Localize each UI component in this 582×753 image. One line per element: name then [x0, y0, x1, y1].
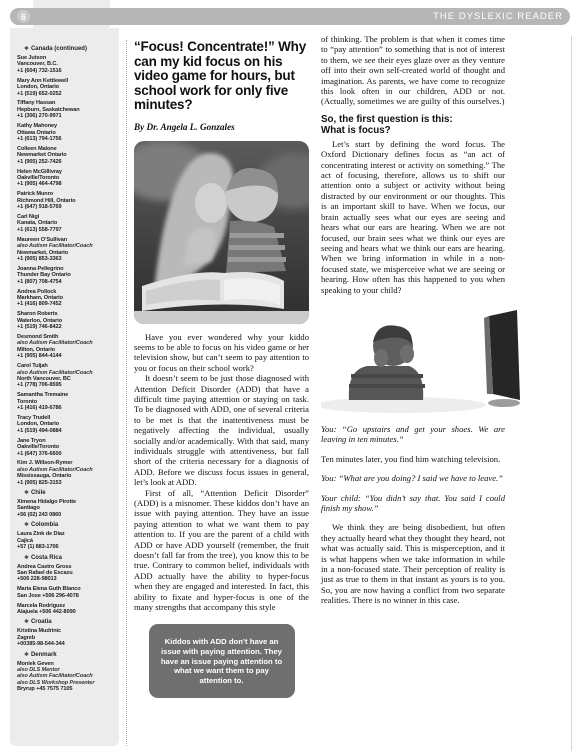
right-column-body-top: of thinking. The problem is that when it…	[321, 34, 505, 107]
directory-entry-line: +1 (306) 270-9971	[17, 113, 115, 119]
directory-entry-line: +1 (905) 464-4798	[17, 181, 115, 187]
facilitator-directory-sidebar: ❖Canada (continued)Sue JutsonVancouver, …	[10, 28, 119, 746]
article-byline: By Dr. Angela L. Gonzales	[134, 122, 309, 132]
directory-entry-line: +1 (647) 918-5769	[17, 204, 115, 210]
article-paragraph: Let’s start by defining the word focus. …	[321, 139, 505, 295]
article-left-column: “Focus! Concentrate!” Why can my kid foc…	[134, 40, 309, 698]
directory-entry: Maria Elena Guth BlancoSan Jose +506 296…	[17, 586, 115, 599]
directory-entry: Laura Zink de DiazCajicá+57 (1) 883-1706	[17, 531, 115, 550]
article-paragraph: of thinking. The problem is that when it…	[321, 34, 505, 107]
mother-and-child-reading-photo	[134, 141, 309, 324]
diamond-bullet-icon: ❖	[24, 490, 29, 496]
directory-entry: Kim J. Willson-Rymeralso Autism Facilita…	[17, 460, 115, 486]
directory-entry: Ximena Hidalgo PirotteSantiago+56 (02) 2…	[17, 499, 115, 518]
diamond-bullet-icon: ❖	[24, 652, 29, 658]
subhead-line-1: So, the first question is this:	[321, 114, 453, 125]
directory-entry: Moniek Gevenalso DLS Mentoralso Autism F…	[17, 661, 115, 693]
directory-entry-line: +1 (778) 706-8595	[17, 382, 115, 388]
masthead-title: THE DYSLEXIC READER	[433, 11, 563, 22]
directory-entry: Tiffany HassanHepburn, Saskatchewan+1 (3…	[17, 100, 115, 119]
directory-entry: Sue JutsonVancouver, B.C.+1 (604) 732-15…	[17, 55, 115, 74]
article-paragraph: It doesn’t seem to be just those diagnos…	[134, 373, 309, 487]
directory-entry-line: +1 (519) 746-8422	[17, 324, 115, 330]
directory-entry-line: +1 (416) 809-7452	[17, 301, 115, 307]
diamond-bullet-icon: ❖	[24, 619, 29, 625]
dialogue-block: You: “Go upstairs and get your shoes. We…	[321, 424, 505, 513]
directory-entry: Patrick MunroRichmond Hill, Ontario+1 (6…	[17, 191, 115, 210]
directory-entry-line: +56 (02) 243 0860	[17, 512, 115, 518]
dialogue-paragraph: You: “What are you doing? I said we have…	[321, 473, 505, 483]
directory-section-header: ❖Croatia	[24, 619, 115, 625]
diamond-bullet-icon: ❖	[24, 555, 29, 561]
newsletter-page: 6 THE DYSLEXIC READER ❖Canada (continued…	[0, 0, 582, 753]
directory-entry: Carol Tuljahalso Autism Facilitator/Coac…	[17, 363, 115, 389]
page-number-badge: 6	[17, 10, 30, 23]
article-paragraph: Have you ever wondered why your kiddo se…	[134, 332, 309, 374]
directory-section-header: ❖Canada (continued)	[24, 46, 115, 52]
directory-entry: Joanna PellegrinoThunder Bay Ontario+1 (…	[17, 266, 115, 285]
directory-entry-line: +1 (905) 252-7426	[17, 159, 115, 165]
directory-section-label: Costa Rica	[31, 555, 62, 561]
directory-entry: Helen McGillivrayOakville/Toronto+1 (905…	[17, 169, 115, 188]
directory-section-label: Croatia	[31, 619, 52, 625]
pull-quote-box: Kiddos with ADD don’t have an issue with…	[149, 624, 295, 698]
directory-entry-line: +1 (416) 419-6786	[17, 405, 115, 411]
directory-entry-line: Bryrup +45 7575 7105	[17, 686, 115, 692]
header-bar: 6 THE DYSLEXIC READER	[10, 8, 570, 25]
directory-entry-line: +1 (519) 494-0884	[17, 428, 115, 434]
diamond-bullet-icon: ❖	[24, 46, 29, 52]
directory-entry-line: +1 (604) 732-1516	[17, 68, 115, 74]
directory-entry-line: +1 (807) 708-4754	[17, 279, 115, 285]
dialogue-paragraph: You: “Go upstairs and get your shoes. We…	[321, 424, 505, 445]
directory-entry: Maureen O’Sullivanalso Autism Facilitato…	[17, 237, 115, 263]
directory-entry: Carl NigiKanata, Ontario+1 (613) 558-779…	[17, 214, 115, 233]
page-edge-line	[571, 36, 572, 751]
directory-section-header: ❖Denmark	[24, 652, 115, 658]
directory-entry-line: +1 (519) 652-0252	[17, 91, 115, 97]
dialogue-paragraph: Ten minutes later, you find him watching…	[321, 454, 505, 464]
section-subhead: So, the first question is this:What is f…	[321, 114, 505, 137]
directory-entry-line: +00385-98-544-344	[17, 641, 115, 647]
directory-entry-line: +1 (905) 853-3363	[17, 256, 115, 262]
directory-entry: Andrea Castro GrossSan Rafael de Escazu+…	[17, 564, 115, 583]
directory-section-label: Denmark	[31, 652, 57, 658]
article-paragraph: First of all, “Attention Deficit Disorde…	[134, 488, 309, 613]
closing-paragraph-wrap: We think they are being disobedient, but…	[321, 522, 505, 605]
directory-section-header: ❖Colombia	[24, 522, 115, 528]
left-column-body: Have you ever wondered why your kiddo se…	[134, 332, 309, 613]
directory-entry-line: +57 (1) 883-1706	[17, 544, 115, 550]
article-right-column: of thinking. The problem is that when it…	[321, 34, 505, 606]
boy-watching-tv-photo	[321, 308, 526, 418]
diamond-bullet-icon: ❖	[24, 522, 29, 528]
directory-entry: Kathy MahoneyOttawa Ontario+1 (613) 794-…	[17, 123, 115, 142]
directory-entry-line: +1 (613) 558-7797	[17, 227, 115, 233]
directory-entry-line: +1 (613) 794-1756	[17, 136, 115, 142]
directory-section-label: Colombia	[31, 522, 58, 528]
directory-entry: Sharon RobertsWaterloo, Ontario+1 (519) …	[17, 311, 115, 330]
directory-section-label: Canada (continued)	[31, 46, 87, 52]
directory-entry: Colleen MaloneNewmarket Ontario+1 (905) …	[17, 146, 115, 165]
directory-entry: Mary Ann KettlewellLondon, Ontario+1 (51…	[17, 78, 115, 97]
subhead-line-2: What is focus?	[321, 125, 391, 136]
directory-section-header: ❖Costa Rica	[24, 555, 115, 561]
directory-entry-line: +1 (647) 376-6600	[17, 451, 115, 457]
directory-entry: Tracy TrudellLondon, Ontario+1 (519) 494…	[17, 415, 115, 434]
directory-entry: Samantha TremaineToronto+1 (416) 419-678…	[17, 392, 115, 411]
directory-section-label: Chile	[31, 490, 46, 496]
directory-entry: Andrea PollockMarkham, Ontario+1 (416) 8…	[17, 289, 115, 308]
right-column-body-mid: Let’s start by defining the word focus. …	[321, 139, 505, 295]
directory-entry-line: +506 228-98013	[17, 576, 115, 582]
directory-entry-line: +1 (905) 844-4144	[17, 353, 115, 359]
photo-illustration	[321, 308, 526, 418]
directory-section-header: ❖Chile	[24, 490, 115, 496]
article-paragraph: We think they are being disobedient, but…	[321, 522, 505, 605]
directory-entry-line: San Jose +506 296-4078	[17, 593, 115, 599]
photo-illustration	[134, 141, 309, 324]
directory-entry: Marcela RodriguezAlajuela +506 442-8090	[17, 603, 115, 616]
directory-entry-line: +1 (905) 825-3153	[17, 480, 115, 486]
directory-entry: Desmond Smithalso Autism Facilitator/Coa…	[17, 334, 115, 360]
dialogue-paragraph: Your child: “You didn’t say that. You sa…	[321, 493, 505, 514]
directory-entry: Jane TryonOakville/Toronto+1 (647) 376-6…	[17, 438, 115, 457]
column-divider-dotted-line	[126, 40, 127, 746]
directory-entry: Kristina MudrinicZagreb+00385-98-544-344	[17, 628, 115, 647]
directory-entry-line: Alajuela +506 442-8090	[17, 609, 115, 615]
article-headline: “Focus! Concentrate!” Why can my kid foc…	[134, 40, 309, 113]
